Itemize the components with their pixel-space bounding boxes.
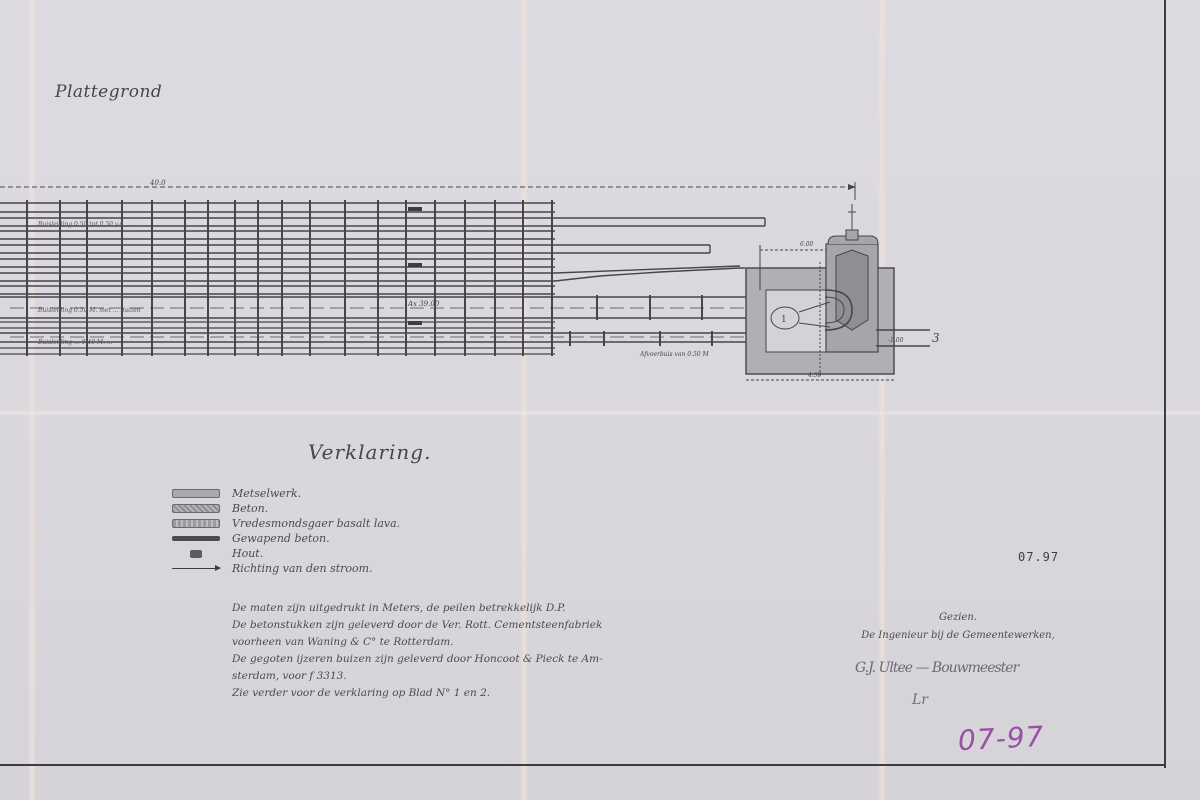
legend-title: Verklaring. bbox=[308, 440, 431, 464]
note-line: Zie verder voor de verklaring op Blad N°… bbox=[232, 687, 603, 704]
legend-label: Beton. bbox=[232, 502, 268, 515]
outlet-level-label: -1.00 bbox=[888, 337, 904, 344]
legend: Metselwerk. Beton. Vredesmondsgaer basal… bbox=[172, 486, 400, 576]
note-line: De gegoten ijzeren buizen zijn geleverd … bbox=[232, 653, 603, 670]
drawing-annotation: Buisleiding 0.50 tot 0.50 v.d. ... bbox=[37, 221, 133, 228]
note-line: De betonstukken zijn geleverd door de Ve… bbox=[232, 619, 603, 636]
legend-item: Hout. bbox=[172, 546, 400, 561]
initials: Lr bbox=[912, 692, 928, 708]
hout-swatch-icon bbox=[190, 550, 202, 558]
legend-item: Vredesmondsgaer basalt lava. bbox=[172, 516, 400, 531]
frame-border-bottom bbox=[0, 764, 1166, 766]
pipe-length-label: Ax 39.00 bbox=[407, 300, 440, 308]
drawing-annotation: Buisleiding ... 0.40 M. ... bbox=[37, 339, 113, 346]
note-line: De maten zijn uitgedrukt in Meters, de p… bbox=[232, 602, 603, 619]
stamp-number: 07.97 bbox=[1018, 550, 1059, 564]
drawing-sheet: Plattegrond bbox=[0, 0, 1200, 800]
archive-number: 07-97 bbox=[957, 720, 1045, 757]
legend-label: Hout. bbox=[232, 547, 263, 560]
basalt-swatch-icon bbox=[172, 519, 220, 528]
gewapend-beton-swatch-icon bbox=[172, 536, 220, 541]
svg-text:1: 1 bbox=[781, 315, 787, 325]
notes-block: De maten zijn uitgedrukt in Meters, de p… bbox=[232, 602, 603, 704]
pump-house-height-label: 6.00 bbox=[800, 241, 814, 248]
pump-house-width-label: 4.50 bbox=[807, 372, 822, 379]
drawing-annotation: Buisleiding 0.50 M. met ... buizen bbox=[37, 307, 141, 314]
legend-label: Vredesmondsgaer basalt lava. bbox=[232, 517, 400, 530]
approval-block: Gezien. De Ingenieur bij de Gemeentewerk… bbox=[838, 612, 1078, 648]
legend-item: Gewapend beton. bbox=[172, 531, 400, 546]
flow-direction-arrow-icon bbox=[172, 568, 220, 569]
signature: G.J. Ultee — Bouwmeester bbox=[855, 660, 1018, 676]
overall-dimension-label: 40.0 bbox=[149, 179, 166, 187]
approval-line: Gezien. bbox=[838, 612, 1078, 630]
legend-item: Metselwerk. bbox=[172, 486, 400, 501]
legend-label: Metselwerk. bbox=[232, 487, 301, 500]
legend-item: Richting van den stroom. bbox=[172, 561, 400, 576]
note-line: sterdam, voor f 3313. bbox=[232, 670, 603, 687]
legend-label: Gewapend beton. bbox=[232, 532, 330, 545]
legend-label: Richting van den stroom. bbox=[232, 562, 373, 575]
slope-note-label: Afvoerbuis van 0.50 M bbox=[639, 351, 709, 358]
svg-text:3: 3 bbox=[932, 331, 940, 345]
beton-swatch-icon bbox=[172, 504, 220, 513]
approval-line: De Ingenieur bij de Gemeentewerken, bbox=[838, 630, 1078, 648]
note-line: voorheen van Waning & C° te Rotterdam. bbox=[232, 636, 603, 653]
metselwerk-swatch-icon bbox=[172, 489, 220, 498]
legend-item: Beton. bbox=[172, 501, 400, 516]
floor-plan-drawing: 1 3 40.0 Ax 39.00 6.00 4.50 -1.00 Afvoer… bbox=[0, 0, 1200, 420]
